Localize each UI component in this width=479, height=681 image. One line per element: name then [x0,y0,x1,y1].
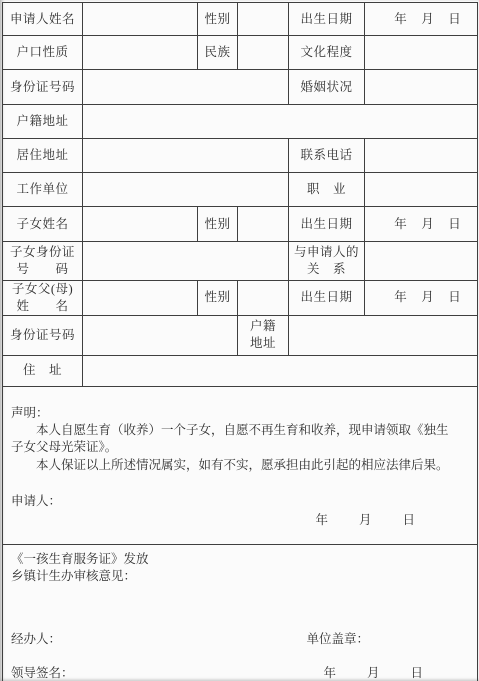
unit-seal-label[interactable]: 单位盖章： [306,631,369,648]
hukou-address-field[interactable] [83,105,478,139]
application-form-page: 申请人姓名 性别 出生日期 年 月 日 户口性质 民族 文化程度 身份证号码 婚… [0,0,479,681]
child-gender-label: 性别 [198,207,238,242]
child-name-field[interactable] [83,207,198,242]
row-child-name: 子女姓名 性别 出生日期 年 月 日 [3,207,478,242]
child-parent-name-label: 子女父(母) 姓 名 [3,281,83,316]
parent-birth-date-field[interactable]: 年 月 日 [365,281,478,316]
row-hukou-type: 户口性质 民族 文化程度 [3,36,478,70]
applicant-name-field[interactable] [83,3,198,36]
row-residence-address: 居住地址 联系电话 [3,139,478,173]
work-unit-field[interactable] [83,173,289,207]
row-applicant-name: 申请人姓名 性别 出生日期 年 月 日 [3,3,478,36]
child-gender-field[interactable] [238,207,289,242]
child-name-label: 子女姓名 [3,207,83,242]
residence-address-field[interactable] [83,139,289,173]
declaration-heading: 声明： [11,405,469,422]
occupation-field[interactable] [365,173,478,207]
declaration-cell: 声明： 本人自愿生育（收养）一个子女，自愿不再生育和收养，现申请领取《独生 子女… [3,386,478,544]
row-hukou-address: 户籍地址 [3,105,478,139]
child-birth-date-label: 出生日期 [289,207,365,242]
row-work-unit: 工作单位 职 业 [3,173,478,207]
ethnicity-label: 民族 [198,36,238,70]
applicant-birth-date-field[interactable]: 年 月 日 [365,3,478,36]
ethnicity-field[interactable] [238,36,289,70]
row-approval: 《一孩生育服务证》发放 乡镇计生办审核意见： 经办人： 单位盖章： 领导签名： … [3,544,478,681]
row-id-number: 身份证号码 婚姻状况 [3,70,478,105]
education-field[interactable] [365,36,478,70]
approval-cell: 《一孩生育服务证》发放 乡镇计生办审核意见： 经办人： 单位盖章： 领导签名： … [3,544,478,681]
relation-label: 与申请人的 关 系 [289,242,365,281]
id-number-field[interactable] [83,70,289,105]
id-number-label: 身份证号码 [3,70,83,105]
address-field[interactable] [83,355,478,386]
address-label: 住 址 [3,355,83,386]
work-unit-label: 工作单位 [3,173,83,207]
township-review-opinion-label: 乡镇计生办审核意见： [11,568,469,585]
parent-id-label: 身份证号码 [3,315,83,355]
declaration-date-field[interactable]: 年 月 日 [11,512,469,529]
child-parent-name-field[interactable] [83,281,198,316]
hukou-type-field[interactable] [83,36,198,70]
applicant-gender-field[interactable] [238,3,289,36]
handler-signature-label[interactable]: 经办人： [11,631,61,648]
residence-address-label: 居住地址 [3,139,83,173]
child-birth-date-field[interactable]: 年 月 日 [365,207,478,242]
occupation-label: 职 业 [289,173,365,207]
relation-field[interactable] [365,242,478,281]
education-label: 文化程度 [289,36,365,70]
parent-gender-field[interactable] [238,281,289,316]
parent-id-field[interactable] [83,315,238,355]
parent-gender-label: 性别 [198,281,238,316]
service-cert-issue-label: 《一孩生育服务证》发放 [11,551,469,568]
contact-phone-field[interactable] [365,139,478,173]
applicant-name-label: 申请人姓名 [3,3,83,36]
row-child-parent-name: 子女父(母) 姓 名 性别 出生日期 年 月 日 [3,281,478,316]
contact-phone-label: 联系电话 [289,139,365,173]
row-child-id: 子女身份证 号 码 与申请人的 关 系 [3,242,478,281]
child-id-field[interactable] [83,242,289,281]
parent-hukou-field[interactable] [289,315,478,355]
row-address: 住 址 [3,355,478,386]
row-parent-id: 身份证号码 户籍 地址 [3,315,478,355]
hukou-type-label: 户口性质 [3,36,83,70]
hukou-address-label: 户籍地址 [3,105,83,139]
application-form-table: 申请人姓名 性别 出生日期 年 月 日 户口性质 民族 文化程度 身份证号码 婚… [2,2,478,681]
applicant-gender-label: 性别 [198,3,238,36]
leader-signature-label[interactable]: 领导签名： [11,665,74,681]
declaration-body: 本人自愿生育（收养）一个子女，自愿不再生育和收养，现申请领取《独生 子女父母光荣… [11,422,469,475]
approval-date-field[interactable]: 年 月 日 [323,665,425,681]
applicant-signature-label[interactable]: 申请人： [11,493,469,510]
applicant-birth-date-label: 出生日期 [289,3,365,36]
marital-status-field[interactable] [365,70,478,105]
row-declaration: 声明： 本人自愿生育（收养）一个子女，自愿不再生育和收养，现申请领取《独生 子女… [3,386,478,544]
parent-birth-date-label: 出生日期 [289,281,365,316]
parent-hukou-label: 户籍 地址 [238,315,289,355]
marital-status-label: 婚姻状况 [289,70,365,105]
child-id-label: 子女身份证 号 码 [3,242,83,281]
